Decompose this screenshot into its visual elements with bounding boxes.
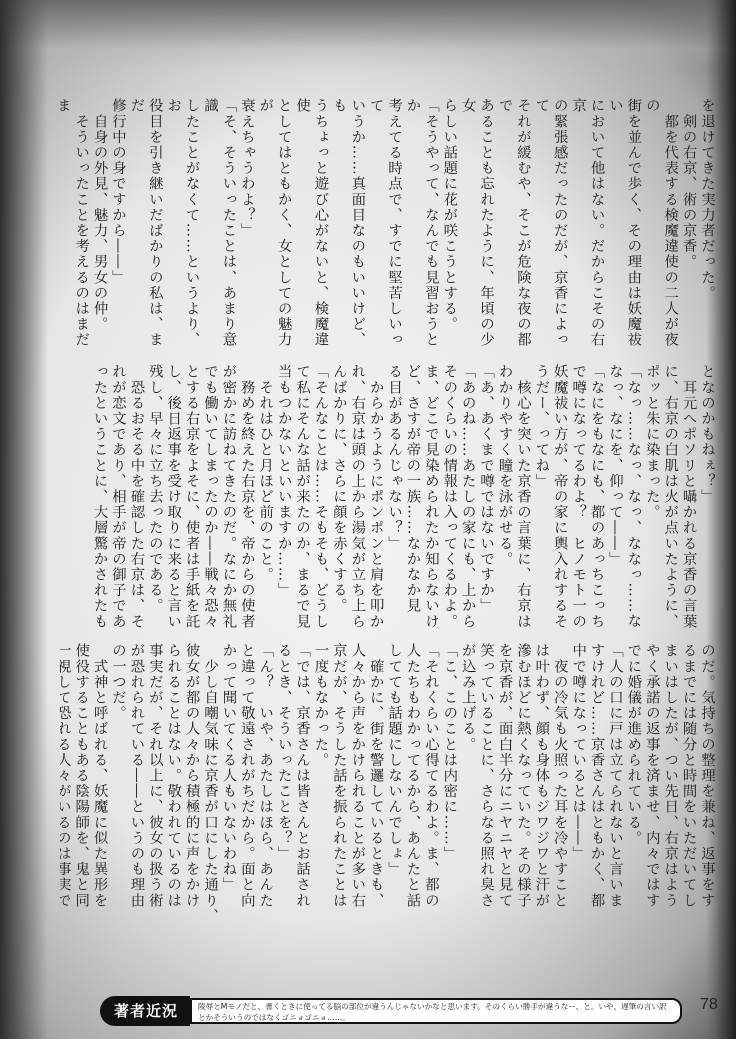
text-column: とする右京をよそに、使者は手紙を託: [182, 364, 200, 632]
text-column: 「そんなことは……そもそも、どうし: [311, 364, 329, 632]
text-column: 彼女が都の人々から積極的に声をかけ: [182, 643, 200, 981]
text-column: したことがなくて……というより、お: [164, 98, 201, 360]
author-note: 著者近況 陵辱とMモノだと、書くときに使ってる脳の部位が違うんじゃないかなと思い…: [100, 996, 682, 1026]
text-column: そういったことを考えるのはまだま: [60, 98, 90, 360]
text-column: なっ、なにを、仰って――」: [606, 364, 624, 632]
text-column: で噂になってるわよ？ ヒノモト一の: [569, 364, 587, 632]
text-column: かって聞いてくる人もいないわね」: [219, 643, 237, 981]
text-column: 事実だが、それ以上に、彼女の扱う術: [145, 643, 163, 981]
text-column: 役目を引き継いだばかりの私は、まだ: [127, 98, 164, 360]
text-column: れ、右京は頭の上から湯気が立ち上ら: [348, 364, 366, 632]
text-column: 衰えちゃうわよ？」: [237, 98, 255, 360]
text-column: 「では、京香さんは皆さんとお話され: [293, 643, 311, 981]
text-column: 一度もなかった。: [311, 643, 329, 981]
text-column: 笑っていることに、さらなる照れ臭さ: [477, 643, 495, 981]
text-column: 「こ、このことは内密に……」: [440, 643, 458, 981]
text-column: からかうようにポンポンと肩を叩か: [366, 364, 384, 632]
author-note-label: 著者近況: [100, 996, 190, 1026]
text-column: それが緩むや、そこが危険な夜の都で: [495, 98, 532, 360]
text-column: 「それくらい心得てるわよ。ま、都の: [422, 643, 440, 981]
text-column: し、後日返事を受け取りに来ると言い: [164, 364, 182, 632]
text-column: ポッと朱に染まった。: [642, 364, 660, 632]
text-column: やく承諾の返事を済ませ、内々ではす: [642, 643, 660, 981]
text-column: ど、さすが帝の一族……なかなか見: [403, 364, 421, 632]
text-column: 少し自嘲気味に京香が口にした通り、: [201, 643, 219, 981]
text-column: してても話題にしないんでしょ」: [385, 643, 403, 981]
text-column: 「あのね……あたしの家にも、上から: [458, 364, 476, 632]
text-column: の一つだ。: [109, 643, 127, 981]
text-column: あることも忘れたように、年頃の少女: [458, 98, 495, 360]
text-column: らしい話題に花が咲こうとする。: [440, 98, 458, 360]
text-column: 人たちもわかってるから、あんたと話: [403, 643, 421, 981]
text-column: が恐れられている――というのも理由: [127, 643, 145, 981]
text-column: を退けてきた実力者だった。: [698, 98, 716, 360]
text-column: 京だが、そうした話を振られたことは: [329, 643, 347, 981]
text-column: 中で噂になっているとは――」: [569, 643, 587, 981]
text-column: 「人の口に戸は立てられないと言いま: [606, 643, 624, 981]
text-band-middle: となのかもねぇ？」 耳元へポソリと囁かれる京香の言葉に、右京の白肌は火が点いたよ…: [60, 364, 716, 632]
text-column: られることはない。敬われているのは: [164, 643, 182, 981]
text-column: と違って敬遠されがちだから。面と向: [237, 643, 255, 981]
text-column: それはひと月ほど前のこと。: [256, 364, 274, 632]
text-column: 自身の外見、魅力、男女の仲。: [90, 98, 108, 360]
text-column: 式神と呼ばれる、妖魔に似た異形を: [90, 643, 108, 981]
text-column: の緊張感だったのだが、京香によって: [532, 98, 569, 360]
text-column: 妖魔祓い方が、帝の家に輿入れするそ: [550, 364, 568, 632]
text-column: は叶わず、顔も身体もジワジワと汗が: [532, 643, 550, 981]
text-column: まいはしたが、つい先日、右京はよう: [661, 643, 679, 981]
text-column: 使役することもある陰陽師を、鬼と同: [72, 643, 90, 981]
text-column: うだー、ってね」: [532, 364, 550, 632]
text-column: 修行中の身ですから――」: [109, 98, 127, 360]
text-column: に、右京の白肌は火が点いたように、: [661, 364, 679, 632]
text-column: 「なっ……なっ、なっ、ななっ……な: [624, 364, 642, 632]
text-column: でに婚儀が進められている。: [624, 643, 642, 981]
text-column: ま、どこで見染められたか知らないけ: [422, 364, 440, 632]
text-column: ったということに、大層驚かされたも: [90, 364, 108, 632]
text-band-bottom: のだ。気持ちの整理を兼ね、返事をするまでには随分と時間をいただいてしまいはしたが…: [60, 643, 716, 981]
text-column: を京香が、面白半分にニヤニヤと見て: [495, 643, 513, 981]
page-number: 78: [700, 996, 718, 1014]
text-column: 確かに、街を警邏しているときも、: [366, 643, 384, 981]
text-column: 当もつかないといいますか……」: [274, 364, 292, 632]
text-column: 夜の冷気も火照った耳を冷やすこと: [550, 643, 568, 981]
text-column: 人々から声をかけられることが多い右: [348, 643, 366, 981]
text-column: のだ。気持ちの整理を兼ね、返事をす: [698, 643, 716, 981]
text-column: 残し、早々に立ち去ったのである。: [145, 364, 163, 632]
text-column: 「ん？ いや、あたしはほら、あんた: [256, 643, 274, 981]
text-column: 務めを終えた右京を、帝からの使者: [237, 364, 255, 632]
page-shadow-left: [0, 0, 48, 1039]
text-column: が密かに訪ねてきたのだ。なにか無礼: [219, 364, 237, 632]
text-column: すけれど……京香さんはともかく、都: [587, 643, 605, 981]
author-note-text: 陵辱とMモノだと、書くときに使ってる脳の部位が違うんじゃないかなと思います。その…: [190, 998, 682, 1024]
text-column: 「そ、そういったことは、あまり意識: [201, 98, 238, 360]
text-column: となのかもねぇ？」: [698, 364, 716, 632]
text-column: 滲むほどに熱くなっていた。その様子: [514, 643, 532, 981]
text-column: るとき、そういったことを？」: [274, 643, 292, 981]
text-column: る目があるんじゃない？」: [385, 364, 403, 632]
text-column: 都を代表する検魔違使の二人が夜の: [642, 98, 679, 360]
text-column: 核心を突いた京香の言葉に、右京は: [514, 364, 532, 632]
text-column: 耳元へポソリと囁かれる京香の言葉: [679, 364, 697, 632]
text-column: わかりやすく瞳を泳がせる。: [495, 364, 513, 632]
text-column: て私にそんな話が来たのか、まるで見: [293, 364, 311, 632]
text-column: としてはともかく、女としての魅力が: [256, 98, 293, 360]
text-column: 考えてる時点で、すでに堅苦しいって: [366, 98, 403, 360]
text-column: でも働いてしまったのか――戦々恐々: [201, 364, 219, 632]
text-column: んばかりに、さらに顔を赤くする。: [329, 364, 347, 632]
text-column: いうか……真面目なのもいいけど、も: [329, 98, 366, 360]
text-column: れが恋文であり、相手が帝の御子であ: [109, 364, 127, 632]
text-column: 「そうやって、なんでも見習おうとか: [403, 98, 440, 360]
page-shadow-top: [0, 0, 736, 70]
text-column: 街を並んで歩く、その理由は妖魔祓い: [606, 98, 643, 360]
text-column: るまでには随分と時間をいただいてし: [679, 643, 697, 981]
text-column: 「なにをもなにも、都のあっちこっち: [587, 364, 605, 632]
text-column: 剣の右京、術の京香。: [679, 98, 697, 360]
text-column: そのくらいの情報は入ってくるわよ。: [440, 364, 458, 632]
text-column: 「あ、あくまで噂ではないですか」: [477, 364, 495, 632]
text-column: 一視して恐れる人々がいるのは事実で: [60, 643, 72, 981]
text-column: において他はない。だからこその右京: [569, 98, 606, 360]
text-band-top: を退けてきた実力者だった。 剣の右京、術の京香。 都を代表する検魔違使の二人が夜…: [60, 98, 716, 360]
text-column: が込み上げる。: [458, 643, 476, 981]
text-column: うちょっと遊び心がないと、検魔違使: [293, 98, 330, 360]
text-column: 恐るおそる中を確認した右京は、そ: [127, 364, 145, 632]
